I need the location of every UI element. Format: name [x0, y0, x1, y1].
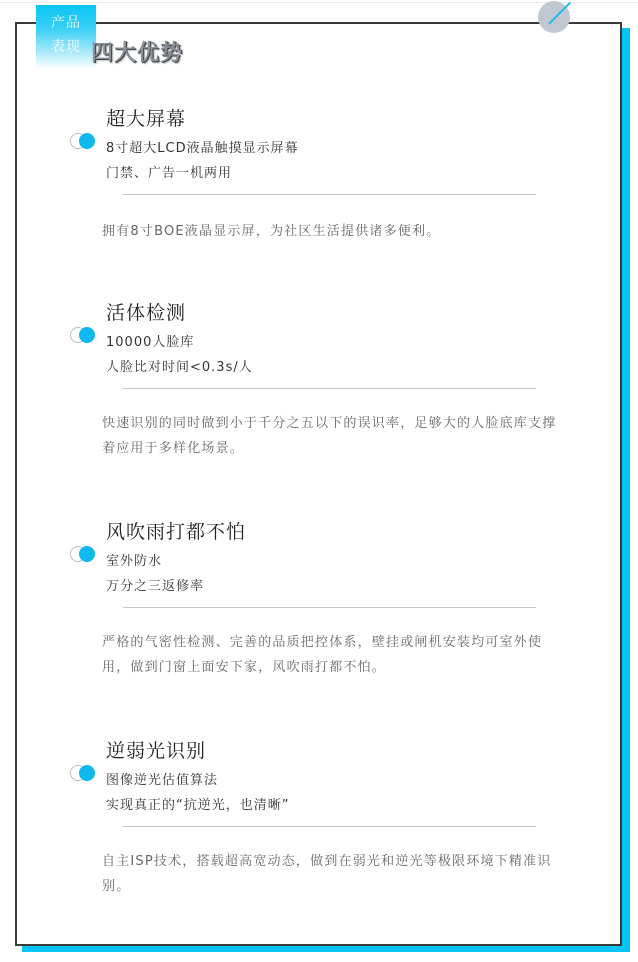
page-title: 四大优势: [91, 36, 183, 67]
toggle-bullet-icon: [70, 327, 96, 343]
product-performance-tag: 产品 表现: [36, 5, 96, 69]
section-description: 快速识别的同时做到小于千分之五以下的误识率，足够大的人脸底库支撑着应用于多样化场…: [102, 411, 562, 461]
toggle-bullet-icon: [70, 546, 96, 562]
toggle-bullet-icon: [70, 133, 96, 149]
section-divider: [123, 607, 536, 608]
tag-line-1: 产品: [36, 11, 96, 35]
section-title: 活体检测: [106, 298, 186, 325]
toggle-bullet-icon: [70, 765, 96, 781]
feature-line-2: 门禁、广告一机两用: [106, 162, 232, 181]
section-description: 自主ISP技术，搭载超高宽动态，做到在弱光和逆光等极限环境下精准识别。: [102, 849, 562, 899]
feature-line-1: 图像逆光估值算法: [106, 769, 218, 788]
section-description: 严格的气密性检测、完善的品质把控体系，壁挂或闸机安装均可室外使用，做到门窗上面安…: [102, 630, 562, 680]
section-title: 逆弱光识别: [106, 736, 206, 763]
section-divider: [123, 194, 536, 195]
top-separator: [0, 2, 638, 3]
section-divider: [123, 826, 536, 827]
tag-line-2: 表现: [36, 35, 96, 59]
section-description: 拥有8寸BOE液晶显示屏，为社区生活提供诸多便利。: [102, 219, 562, 244]
section-title: 风吹雨打都不怕: [106, 517, 246, 544]
feature-line-2: 实现真正的“抗逆光，也清晰”: [106, 794, 289, 813]
feature-line-2: 人脸比对时间<0.3s/人: [106, 356, 253, 375]
section-title: 超大屏幕: [106, 104, 186, 131]
feature-line-2: 万分之三返修率: [106, 575, 204, 594]
section-divider: [123, 388, 536, 389]
feature-line-1: 10000人脸库: [106, 331, 194, 350]
feature-line-1: 室外防水: [106, 550, 162, 569]
feature-line-1: 8寸超大LCD液晶触摸显示屏幕: [106, 137, 299, 156]
